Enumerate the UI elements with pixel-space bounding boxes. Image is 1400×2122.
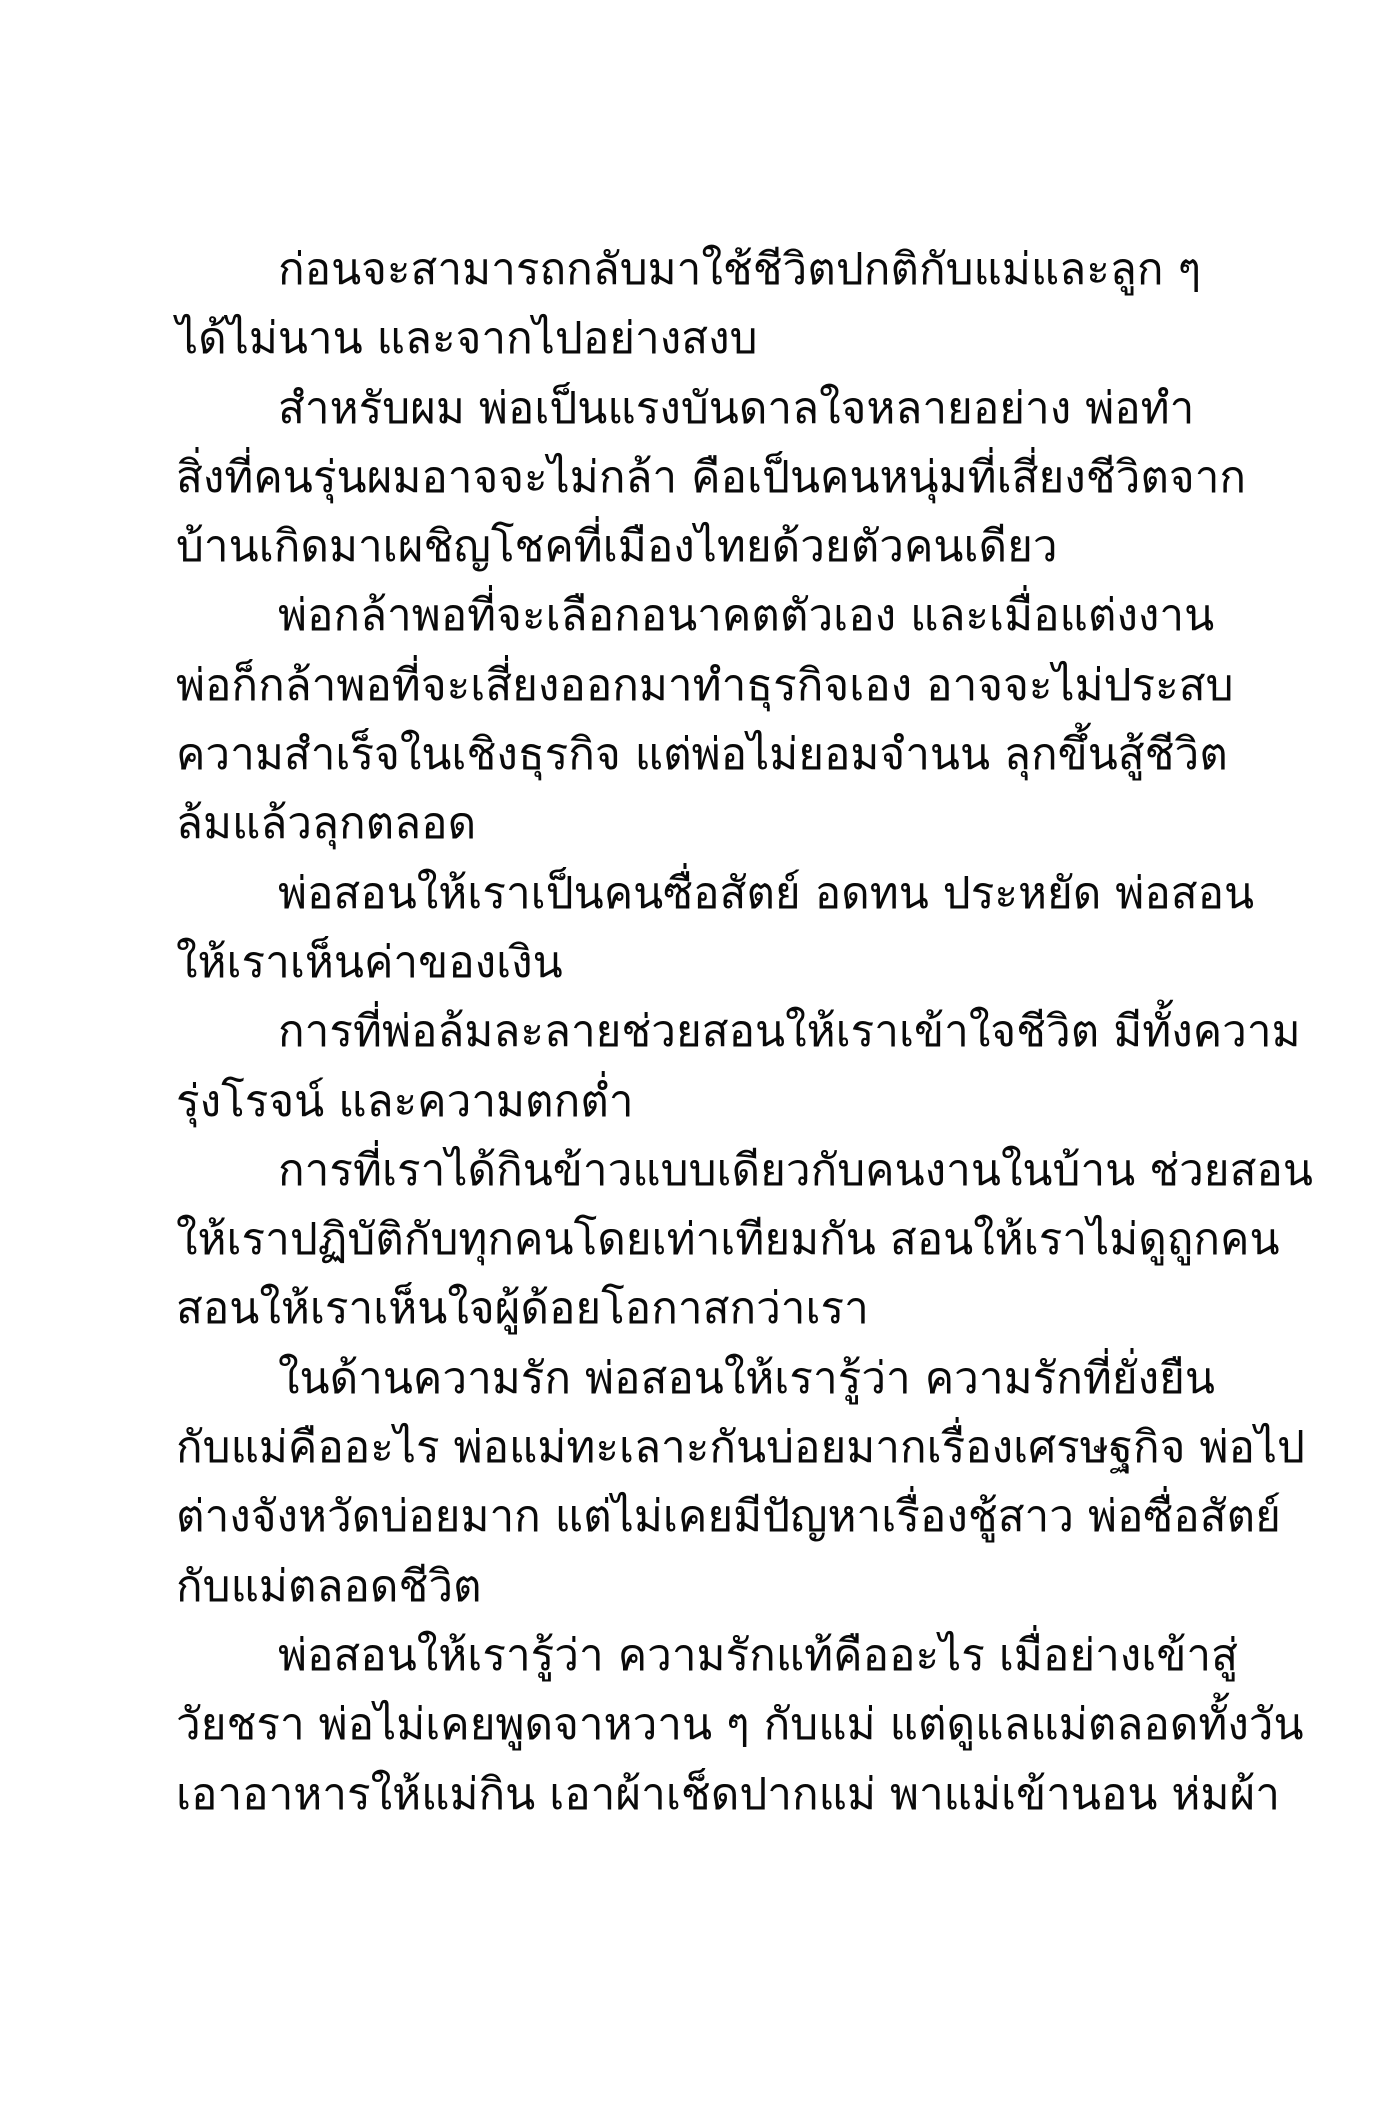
- text-line: สิ่งที่คนรุ่นผมอาจจะไม่กล้า คือเป็นคนหนุ…: [176, 448, 1178, 517]
- paragraph: สำหรับผม พ่อเป็นแรงบันดาลใจหลายอย่าง พ่อ…: [176, 379, 1178, 587]
- text-line: สำหรับผม พ่อเป็นแรงบันดาลใจหลายอย่าง พ่อ…: [176, 379, 1178, 448]
- text-line: พ่อกล้าพอที่จะเลือกอนาคตตัวเอง และเมื่อแ…: [176, 586, 1178, 655]
- text-line: ให้เราปฏิบัติกับทุกคนโดยเท่าเทียมกัน สอน…: [176, 1210, 1178, 1279]
- text-line: ความสำเร็จในเชิงธุรกิจ แต่พ่อไม่ยอมจำนน …: [176, 725, 1178, 794]
- text-line: ได้ไม่นาน และจากไปอย่างสงบ: [176, 309, 1178, 378]
- text-line: เอาอาหารให้แม่กิน เอาผ้าเช็ดปากแม่ พาแม่…: [176, 1765, 1178, 1834]
- paragraph: พ่อสอนให้เราเป็นคนซื่อสัตย์ อดทน ประหยัด…: [176, 864, 1178, 1003]
- text-line: พ่อก็กล้าพอที่จะเสี่ยงออกมาทำธุรกิจเอง อ…: [176, 656, 1178, 725]
- body-text: ก่อนจะสามารถกลับมาใช้ชีวิตปกติกับแม่และล…: [176, 240, 1178, 1834]
- text-line: ล้มแล้วลุกตลอด: [176, 794, 1178, 863]
- text-line: ก่อนจะสามารถกลับมาใช้ชีวิตปกติกับแม่และล…: [176, 240, 1178, 309]
- paragraph: ในด้านความรัก พ่อสอนให้เรารู้ว่า ความรัก…: [176, 1349, 1178, 1626]
- text-line: ในด้านความรัก พ่อสอนให้เรารู้ว่า ความรัก…: [176, 1349, 1178, 1418]
- paragraph: ก่อนจะสามารถกลับมาใช้ชีวิตปกติกับแม่และล…: [176, 240, 1178, 379]
- book-page: ก่อนจะสามารถกลับมาใช้ชีวิตปกติกับแม่และล…: [0, 0, 1400, 2122]
- text-line: พ่อสอนให้เราเป็นคนซื่อสัตย์ อดทน ประหยัด…: [176, 864, 1178, 933]
- paragraph: พ่อสอนให้เรารู้ว่า ความรักแท้คืออะไร เมื…: [176, 1626, 1178, 1834]
- text-line: รุ่งโรจน์ และความตกต่ำ: [176, 1072, 1178, 1141]
- text-line: พ่อสอนให้เรารู้ว่า ความรักแท้คืออะไร เมื…: [176, 1626, 1178, 1695]
- text-line: การที่พ่อล้มละลายช่วยสอนให้เราเข้าใจชีวิ…: [176, 1002, 1178, 1071]
- text-line: ต่างจังหวัดบ่อยมาก แต่ไม่เคยมีปัญหาเรื่อ…: [176, 1487, 1178, 1556]
- text-line: กับแม่ตลอดชีวิต: [176, 1557, 1178, 1626]
- text-line: สอนให้เราเห็นใจผู้ด้อยโอกาสกว่าเรา: [176, 1279, 1178, 1348]
- paragraph: การที่เราได้กินข้าวแบบเดียวกับคนงานในบ้า…: [176, 1141, 1178, 1349]
- text-line: วัยชรา พ่อไม่เคยพูดจาหวาน ๆ กับแม่ แต่ดู…: [176, 1695, 1178, 1764]
- text-line: การที่เราได้กินข้าวแบบเดียวกับคนงานในบ้า…: [176, 1141, 1178, 1210]
- paragraph: พ่อกล้าพอที่จะเลือกอนาคตตัวเอง และเมื่อแ…: [176, 586, 1178, 863]
- text-line: บ้านเกิดมาเผชิญโชคที่เมืองไทยด้วยตัวคนเด…: [176, 517, 1178, 586]
- text-line: กับแม่คืออะไร พ่อแม่ทะเลาะกันบ่อยมากเรื่…: [176, 1418, 1178, 1487]
- paragraph: การที่พ่อล้มละลายช่วยสอนให้เราเข้าใจชีวิ…: [176, 1002, 1178, 1141]
- text-line: ให้เราเห็นค่าของเงิน: [176, 933, 1178, 1002]
